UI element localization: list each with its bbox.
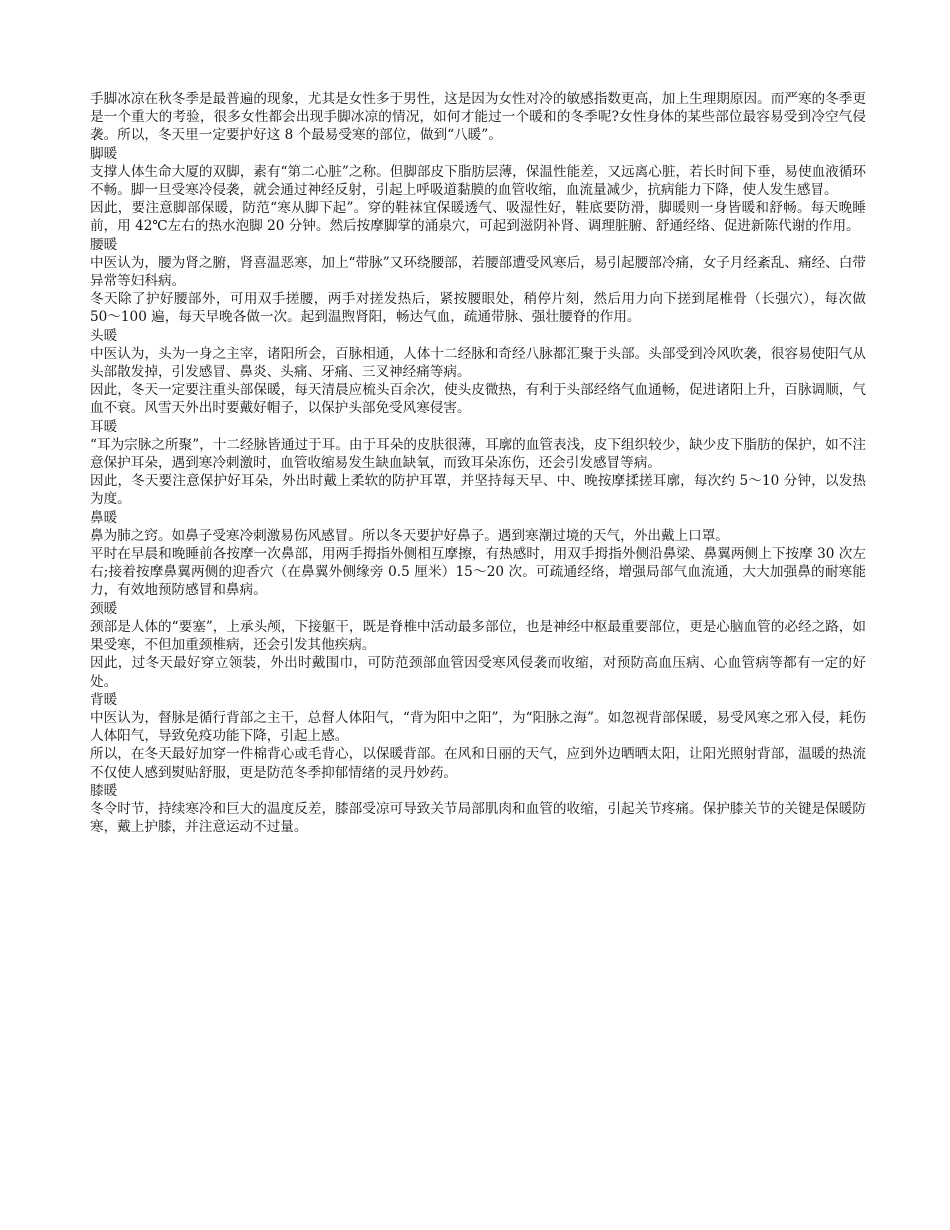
paragraph: 颈部是人体的“要塞”，上承头颅，下接躯干，既是脊椎中活动最多部位，也是神经中枢最…	[90, 618, 866, 654]
paragraph: 中医认为，头为一身之主宰，诸阳所会，百脉相通，人体十二经脉和奇经八脉都汇聚于头部…	[90, 345, 866, 381]
paragraph: 因此，冬天要注意保护好耳朵，外出时戴上柔软的防护耳罩，并坚持每天早、中、晚按摩揉…	[90, 472, 866, 508]
paragraph: 鼻为肺之窍。如鼻子受寒冷刺激易伤风感冒。所以冬天要护好鼻子。遇到寒潮过境的天气，…	[90, 527, 866, 545]
paragraph: 因此，过冬天最好穿立领装，外出时戴围巾，可防范颈部血管因受寒风侵袭而收缩，对预防…	[90, 654, 866, 690]
section-heading-neck: 颈暖	[90, 600, 866, 618]
document-body: 手脚冰凉在秋冬季是最普遍的现象，尤其是女性多于男性，这是因为女性对冷的敏感指数更…	[90, 90, 866, 836]
paragraph: 支撑人体生命大厦的双脚，素有“第二心脏”之称。但脚部皮下脂肪层薄，保温性能差，又…	[90, 163, 866, 199]
paragraph: 因此，冬天一定要注重头部保暖，每天清晨应梳头百余次，使头皮微热，有利于头部经络气…	[90, 381, 866, 417]
section-heading-nose: 鼻暖	[90, 509, 866, 527]
paragraph: “耳为宗脉之所聚”，十二经脉皆通过于耳。由于耳朵的皮肤很薄，耳廓的血管表浅，皮下…	[90, 436, 866, 472]
paragraph: 冬天除了护好腰部外，可用双手搓腰，两手对搓发热后，紧按腰眼处，稍停片刻，然后用力…	[90, 290, 866, 326]
paragraph: 中医认为，腰为肾之腑，肾喜温恶寒，加上“带脉”又环绕腰部，若腰部遭受风寒后，易引…	[90, 254, 866, 290]
section-heading-foot: 脚暖	[90, 145, 866, 163]
intro-paragraph: 手脚冰凉在秋冬季是最普遍的现象，尤其是女性多于男性，这是因为女性对冷的敏感指数更…	[90, 90, 866, 145]
paragraph: 所以，在冬天最好加穿一件棉背心或毛背心，以保暖背部。在风和日丽的天气，应到外边晒…	[90, 745, 866, 781]
section-heading-back: 背暖	[90, 691, 866, 709]
paragraph: 平时在早晨和晚睡前各按摩一次鼻部，用两手拇指外侧相互摩擦，有热感时，用双手拇指外…	[90, 545, 866, 600]
paragraph: 冬令时节，持续寒冷和巨大的温度反差，膝部受凉可导致关节局部肌肉和血管的收缩，引起…	[90, 800, 866, 836]
section-heading-knee: 膝暖	[90, 782, 866, 800]
section-heading-ear: 耳暖	[90, 418, 866, 436]
paragraph: 中医认为，督脉是循行背部之主干，总督人体阳气，“背为阳中之阳”，为“阳脉之海”。…	[90, 709, 866, 745]
section-heading-head: 头暖	[90, 327, 866, 345]
section-heading-waist: 腰暖	[90, 236, 866, 254]
paragraph: 因此，要注意脚部保暖，防范“寒从脚下起”。穿的鞋袜宜保暖透气、吸湿性好，鞋底要防…	[90, 199, 866, 235]
